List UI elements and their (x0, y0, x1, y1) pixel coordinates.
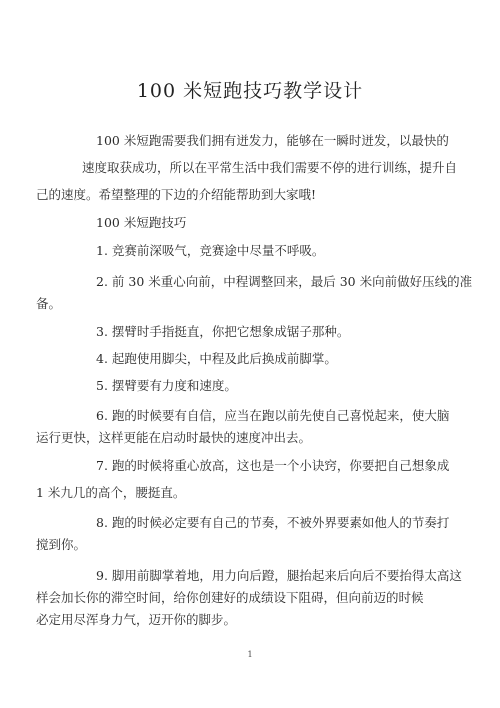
item-8-line-1: 8. 跑的时候必定要有自己的节奏，不被外界要素如他人的节奏打 (96, 513, 449, 531)
item-4: 4. 起跑使用脚尖，中程及此后换成前脚掌。 (96, 349, 337, 367)
item-3: 3. 摆臂时手指挺直，你把它想象成锯子那种。 (96, 322, 349, 340)
item-9-line-1: 9. 脚用前脚掌着地，用力向后蹬，腿抬起来后向后不要抬得太高这 (96, 566, 462, 584)
item-9-line-3: 必定用尽浑身力气，迈开你的脚步。 (36, 610, 236, 628)
item-5: 5. 摆臂要有力度和速度。 (96, 376, 237, 394)
page-number: 1 (0, 650, 500, 659)
item-8-line-2: 搅到你。 (36, 535, 86, 553)
item-2-line-1: 2. 前 30 米重心向前，中程调整回来，最后 30 米向前做好压线的准 (96, 272, 472, 290)
item-1: 1. 竞赛前深吸气，竞赛途中尽量不呼吸。 (96, 241, 324, 259)
item-7-line-1: 7. 跑的时候将重心放高，这也是一个小诀窍，你要把自己想象成 (96, 456, 449, 474)
item-9-line-2: 样会加长你的滞空时间，给你创建好的成绩设下阻碍，但向前迈的时候 (36, 588, 424, 606)
item-7-line-2: 1 米九几的高个，腰挺直。 (36, 483, 185, 501)
intro-line-2: 速度取获成功，所以在平常生活中我们需要不停的进行训练，提升自 (82, 158, 457, 176)
section-heading: 100 米短跑技巧 (96, 213, 186, 231)
intro-line-3: 己的速度。希望整理的下边的介绍能帮助到大家哦! (36, 185, 316, 203)
item-6-line-2: 运行更快，这样更能在启动时最快的速度冲出去。 (36, 428, 311, 446)
intro-line-1: 100 米短跑需要我们拥有迸发力，能够在一瞬时迸发，以最快的 (96, 131, 449, 149)
item-2-line-2: 备。 (36, 294, 61, 312)
item-6-line-1: 6. 跑的时候要有自信，应当在跑以前先使自己喜悦起来，使大脑 (96, 406, 449, 424)
document-title: 100 米短跑技巧教学设计 (0, 76, 500, 103)
